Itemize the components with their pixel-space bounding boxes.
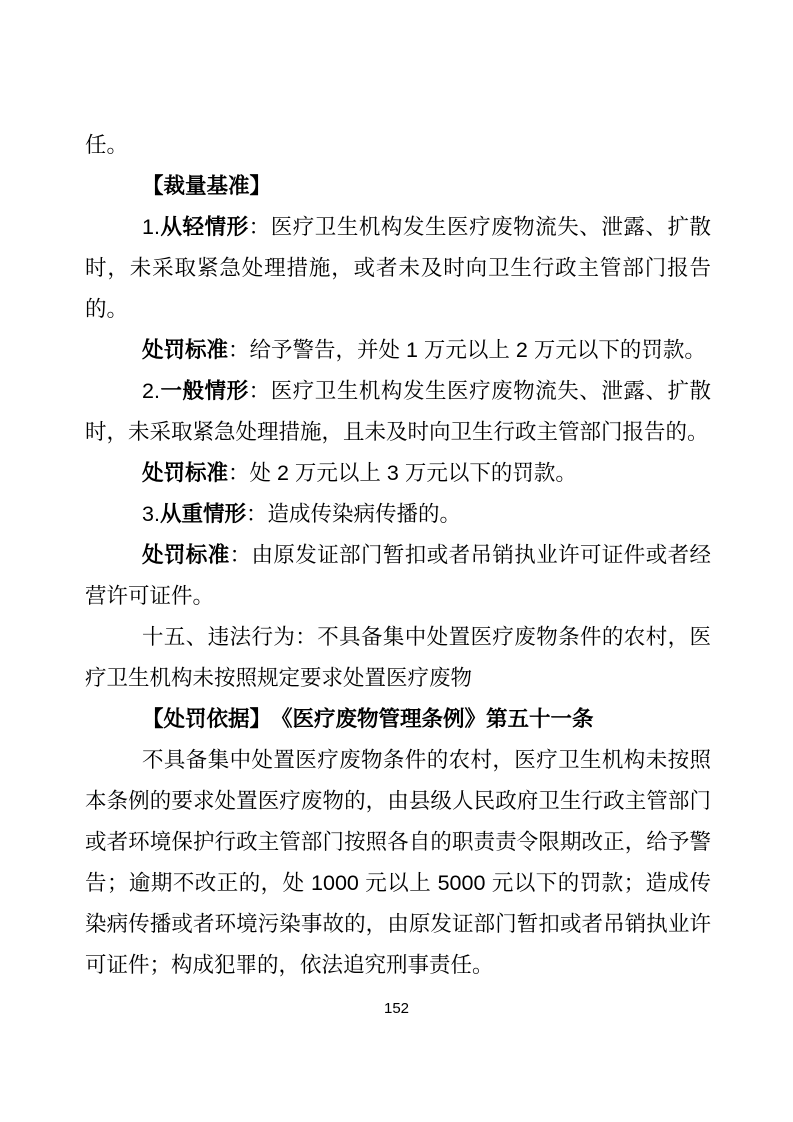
penalty-standard-general: 处罚标准：处 2 万元以上 3 万元以下的罚款。 <box>85 453 711 494</box>
page-number: 152 <box>0 1000 793 1017</box>
heading-text: 【处罚依据】 《医疗废物管理条例》第五十一条 <box>142 707 594 731</box>
penalty-label: 处罚标准 <box>142 461 228 485</box>
penalty-standard-severe: 处罚标准：由原发证部门暂扣或者吊销执业许可证件或者经营许可证件。 <box>85 535 711 617</box>
item-number: 1. <box>142 215 160 239</box>
item-general-circumstance: 2.一般情形：医疗卫生机构发生医疗废物流失、泄露、扩散时，未采取紧急处理措施，且… <box>85 371 711 453</box>
item-15-illegal-act: 十五、违法行为：不具备集中处置医疗废物条件的农村，医疗卫生机构未按照规定要求处置… <box>85 617 711 699</box>
page-body-text: 任。 【裁量基准】 1.从轻情形：医疗卫生机构发生医疗废物流失、泄露、扩散时，未… <box>85 125 711 986</box>
heading-text: 【裁量基准】 <box>142 174 271 198</box>
penalty-standard-lenient: 处罚标准：给予警告，并处 1 万元以上 2 万元以下的罚款。 <box>85 330 711 371</box>
penalty-label: 处罚标准 <box>142 543 230 567</box>
item-body: 十五、违法行为：不具备集中处置医疗废物条件的农村，医疗卫生机构未按照规定要求处置… <box>85 625 711 690</box>
item-label: 从重情形 <box>160 502 246 526</box>
item-number: 2. <box>142 379 160 403</box>
penalty-body: ：处 2 万元以上 3 万元以下的罚款。 <box>228 461 577 485</box>
regulation-body: 不具备集中处置医疗废物条件的农村，医疗卫生机构未按照本条例的要求处置医疗废物的，… <box>85 748 711 977</box>
heading-penalty-basis: 【处罚依据】 《医疗废物管理条例》第五十一条 <box>85 699 711 740</box>
item-body: ：造成传染病传播的。 <box>246 502 461 526</box>
item-label: 从轻情形 <box>160 215 249 239</box>
item-lenient-circumstance: 1.从轻情形：医疗卫生机构发生医疗废物流失、泄露、扩散时，未采取紧急处理措施，或… <box>85 207 711 330</box>
penalty-label: 处罚标准 <box>142 338 228 362</box>
penalty-body: ：给予警告，并处 1 万元以上 2 万元以下的罚款。 <box>228 338 706 362</box>
heading-discretion-criteria: 【裁量基准】 <box>85 166 711 207</box>
item-label: 一般情形 <box>160 379 249 403</box>
document-page: 任。 【裁量基准】 1.从轻情形：医疗卫生机构发生医疗废物流失、泄露、扩散时，未… <box>0 0 793 1122</box>
item-number: 3. <box>142 502 160 526</box>
paragraph-carryover: 任。 <box>85 125 711 166</box>
regulation-article-51-text: 不具备集中处置医疗废物条件的农村，医疗卫生机构未按照本条例的要求处置医疗废物的，… <box>85 740 711 986</box>
paragraph-text: 任。 <box>85 133 128 157</box>
item-severe-circumstance: 3.从重情形：造成传染病传播的。 <box>85 494 711 535</box>
